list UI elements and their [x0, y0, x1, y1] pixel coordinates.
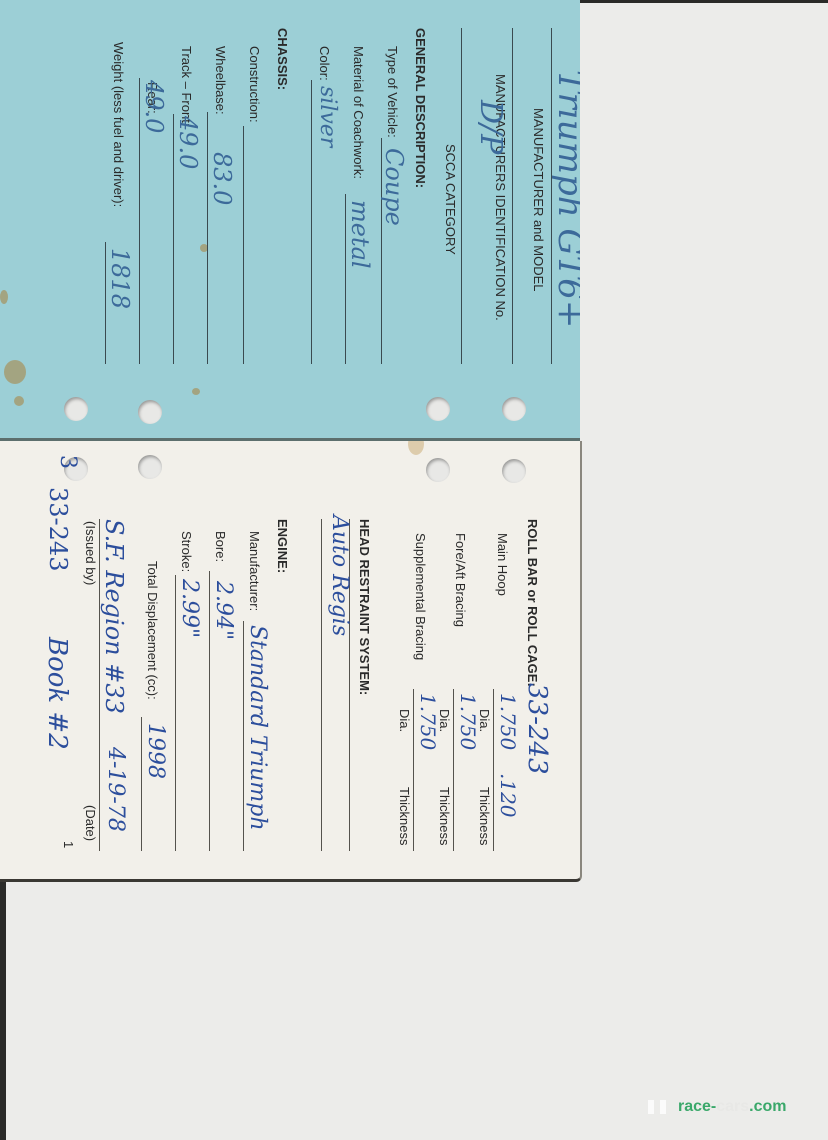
rule [461, 28, 462, 364]
watermark-text-3: .com [749, 1098, 786, 1115]
head-restraint-heading: HEAD RESTRAINT SYSTEM: [357, 519, 372, 695]
engine-manufacturer-value: Standard Triumph [245, 625, 270, 831]
roll-cage-number: 33-243 [522, 683, 552, 775]
rule [321, 519, 322, 851]
weight-value: 1818 [106, 248, 134, 309]
rule [311, 80, 312, 364]
chassis-heading: CHASSIS: [275, 28, 290, 90]
supplemental-bracing-label: Supplemental Bracing [413, 533, 428, 660]
weight-label: Weight (less fuel and driver): [111, 42, 126, 207]
rule [175, 575, 176, 851]
engine-heading: ENGINE: [275, 519, 290, 573]
margin-note-book: Book #2 [42, 637, 72, 750]
track-front-label: Track – Front: [179, 46, 194, 126]
engine-manufacturer-label: Manufacturer: [247, 531, 262, 611]
fore-aft-thickness-label: Thickness [437, 787, 452, 846]
rule [453, 689, 454, 851]
date-label: (Date) [83, 805, 98, 841]
logbook-page-safety-engine: ROLL BAR or ROLL CAGE: 33-243 Main Hoop … [0, 441, 582, 882]
watermark-text-1: race- [678, 1098, 716, 1115]
fore-aft-label: Fore/Aft Bracing [453, 533, 468, 627]
issued-by-value: S.F. Region #33 [100, 519, 128, 714]
race-cars-watermark: race-cars.com [648, 1098, 787, 1116]
rule [207, 112, 208, 364]
type-of-vehicle-label: Type of Vehicle: [385, 46, 400, 138]
page-number: 1 [61, 841, 76, 848]
rule [99, 519, 100, 851]
main-hoop-label: Main Hoop [495, 533, 510, 596]
rule [493, 689, 494, 851]
checkered-flag-icon [648, 1100, 672, 1114]
head-restraint-value: Auto Regis [327, 515, 352, 636]
vehicle-page-content: Triumph GT6+ MANUFACTURER and MODEL MANU… [0, 0, 580, 440]
supplemental-bracing-dia-label: Dia. [397, 709, 412, 732]
displacement-value: 1998 [143, 723, 168, 779]
scca-category-label: SCCA CATEGORY [443, 144, 458, 255]
issued-by-label: (Issued by) [83, 521, 98, 585]
margin-note-cage-number: 33-243 [44, 487, 72, 571]
track-rear-value: 49.0 [140, 80, 168, 133]
type-of-vehicle-value: Coupe [380, 148, 408, 226]
bore-value: 2.94" [211, 581, 236, 640]
rule [141, 717, 142, 851]
main-hoop-thickness-value: .120 [496, 773, 520, 818]
logbook-page-vehicle: Triumph GT6+ MANUFACTURER and MODEL MANU… [0, 0, 580, 440]
main-hoop-dia-value: 1.750 [496, 693, 520, 750]
stroke-label: Stroke: [179, 531, 194, 572]
material-of-coachwork-label: Material of Coachwork: [351, 46, 366, 179]
rule [512, 28, 513, 364]
construction-label: Construction: [247, 46, 262, 123]
watermark-text-2: cars [716, 1098, 749, 1115]
supplemental-bracing-dia-value: 1.750 [416, 693, 440, 750]
issued-date-value: 4-19-78 [103, 747, 128, 832]
stroke-value: 2.99" [177, 579, 202, 638]
general-description-heading: GENERAL DESCRIPTION: [413, 28, 428, 188]
color-label: Color: [317, 46, 332, 81]
manufacturer-model-label: MANUFACTURER and MODEL [531, 108, 546, 291]
rule [209, 571, 210, 851]
rule [243, 126, 244, 364]
safety-engine-page-content: ROLL BAR or ROLL CAGE: 33-243 Main Hoop … [0, 441, 580, 881]
material-of-coachwork-value: metal [346, 200, 374, 269]
scca-category-value: D/P [473, 100, 508, 154]
displacement-label: Total Displacement (cc): [145, 561, 160, 700]
manufacturer-model-value: Triumph GT6+ [550, 70, 580, 328]
margin-note-digit: 3 [55, 455, 80, 469]
roll-bar-heading: ROLL BAR or ROLL CAGE: [525, 519, 540, 687]
color-value: silver [315, 86, 340, 147]
rule [413, 689, 414, 851]
track-front-value: 49.0 [174, 116, 202, 169]
rule [243, 621, 244, 851]
main-hoop-thickness-label: Thickness [477, 787, 492, 846]
supplemental-bracing-thickness-label: Thickness [397, 787, 412, 846]
wheelbase-value: 83.0 [208, 152, 236, 205]
bore-label: Bore: [213, 531, 228, 562]
fore-aft-dia-value: 1.750 [456, 693, 480, 750]
wheelbase-label: Wheelbase: [213, 46, 228, 115]
